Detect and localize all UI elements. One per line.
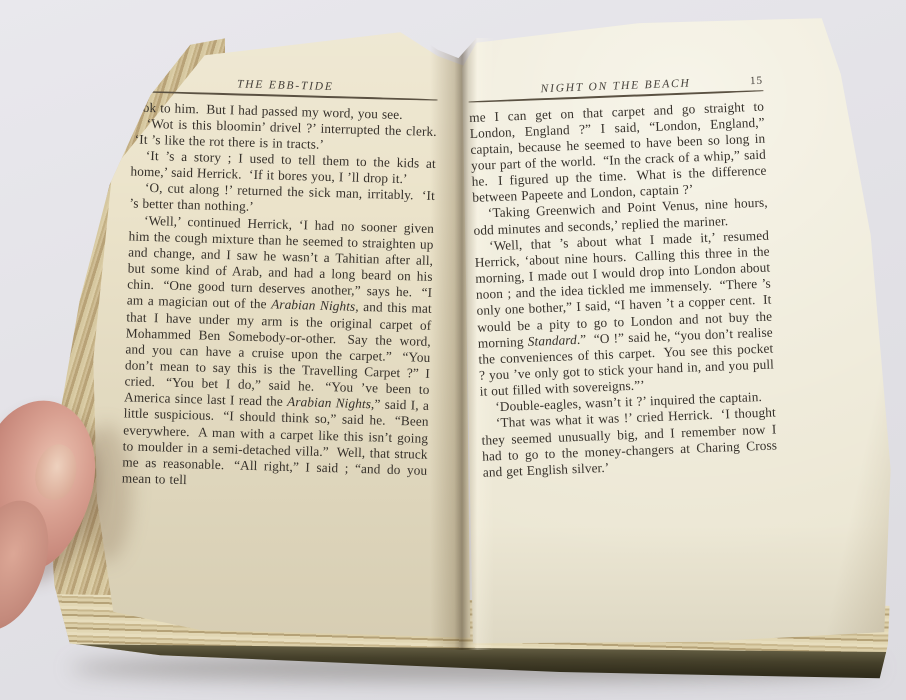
left-running-header: THE EBB-TIDE bbox=[237, 78, 334, 93]
left-page-body: took to him. But I had passed my word, y… bbox=[122, 99, 438, 495]
photo-background: 14 THE EBB-TIDE took to him. But I had p… bbox=[0, 0, 906, 700]
open-book: 14 THE EBB-TIDE took to him. But I had p… bbox=[0, 0, 906, 700]
left-page-number: 14 bbox=[133, 75, 146, 87]
right-page-number: 15 bbox=[750, 75, 763, 87]
right-page-body: me I can get on that carpet and go strai… bbox=[469, 98, 778, 481]
right-page-text: NIGHT ON THE BEACH 15 me I can get on th… bbox=[468, 75, 778, 481]
left-page-text: 14 THE EBB-TIDE took to him. But I had p… bbox=[122, 75, 438, 495]
